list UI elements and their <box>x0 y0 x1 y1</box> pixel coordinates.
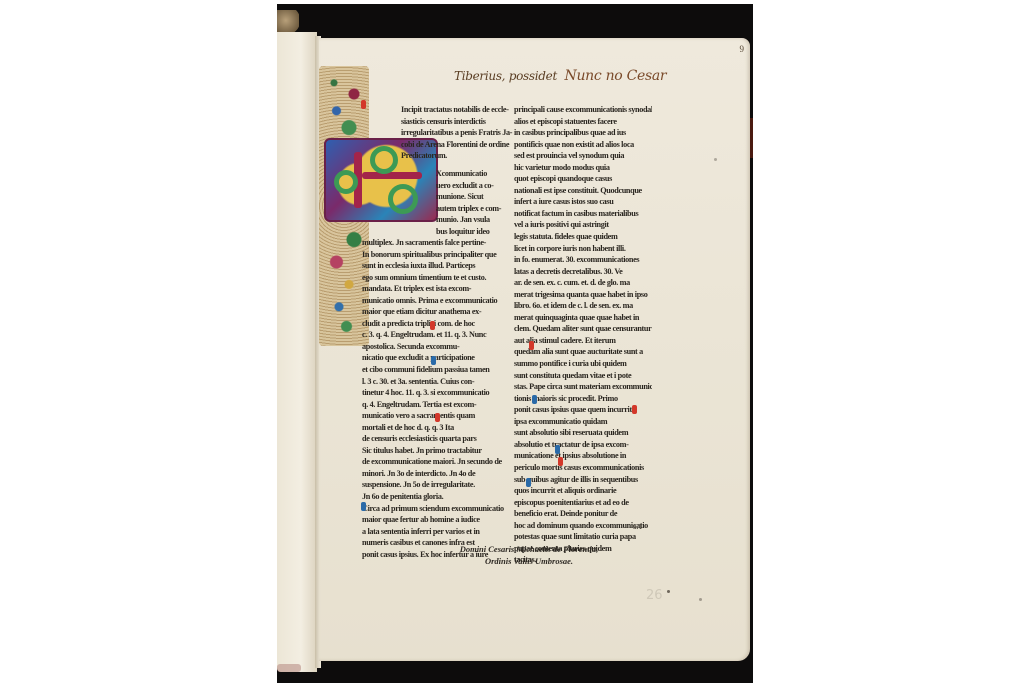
text-line: sunt absolutio sibi reseruata quidem <box>514 427 652 439</box>
leaf-edge-mark <box>750 118 753 158</box>
printed-imprint: Domini Cesaris Michaelis de Florentia, O… <box>419 543 639 567</box>
text-line: ar. de sen. ex. c. cum. et. d. de glo. m… <box>514 277 652 289</box>
text-line: sunt in ecclesia iuxta illud. Particeps <box>362 260 514 272</box>
text-line: libro. 6o. et idem de c. l. de sen. ex. … <box>514 300 652 312</box>
text-line: hoc ad dominum quando excommunicatio <box>514 520 652 532</box>
initial-crossbar <box>362 172 422 179</box>
text-line: principali cause excommunicationis synod… <box>514 104 652 116</box>
text-line: potestas quae sunt limitatio curia papa <box>514 531 652 543</box>
text-line: sub quibus agitur de illis in sequentibu… <box>514 474 652 486</box>
text-line: municatione et ipsius absolutione in <box>514 450 652 462</box>
text-line: notificat factum in casibus materialibus <box>514 208 652 220</box>
text-line: l. 3 c. 30. et 3a. sententia. Cuius con- <box>362 376 514 388</box>
initial-swirl <box>370 146 398 174</box>
foxing-speck <box>714 158 717 161</box>
text-line: alios et episcopi statuentes facere <box>514 116 652 128</box>
imprint-line: Ordinis Vallis Umbrosae. <box>419 555 639 567</box>
red-paragraph-mark <box>430 321 435 330</box>
text-line: Xcommunicatio <box>436 168 514 180</box>
text-line: absolutio et tractatur de ipsa excom- <box>514 439 652 451</box>
red-paragraph-mark <box>558 457 563 466</box>
right-column: principali cause excommunicationis synod… <box>514 104 652 566</box>
initial-swirl <box>334 170 358 194</box>
text-line: nationali est ipse constituit. Quodcunqu… <box>514 185 652 197</box>
text-line: Sic titulus habet. Jn primo tractabitur <box>362 445 514 457</box>
text-line: periculo mortis casus excommunicationis <box>514 462 652 474</box>
initial-swirl <box>388 184 418 214</box>
text-line: minori. Jn 3o de interdicto. Jn 4o de <box>362 468 514 480</box>
text-line: hic varietur modo modus quia <box>514 162 652 174</box>
text-line: siasticis censuris interdictis <box>401 116 513 128</box>
text-line: suspensione. Jn 5o de irregularitate. <box>362 479 514 491</box>
pencil-folio-number: 26 <box>646 588 663 603</box>
text-line: summo pontifice i curia ubi quidem <box>514 358 652 370</box>
text-line: municatio omnis. Prima e excommunicatio <box>362 295 514 307</box>
text-line: infert a iure casus istos suo casu <box>514 196 652 208</box>
text-line: licet in corpore iuris non habent illi. <box>514 243 652 255</box>
text-line: ego sum omnium timentium te et custo. <box>362 272 514 284</box>
text-line: uero excludit a co- <box>436 180 514 192</box>
flyleaf-stain <box>277 664 301 672</box>
text-line: maior que etiam dicitur anathema ex- <box>362 306 514 318</box>
text-line: q. 4. Engeltrudam. Tertia est excom- <box>362 399 514 411</box>
text-line: in fo. enumerat. 30. excommunicationes <box>514 254 652 266</box>
text-line: mandata. Et triplex est ista excom- <box>362 283 514 295</box>
text-beside-initial: Xcommunicatio uero excludit a co- munion… <box>436 168 514 237</box>
text-line: autem triplex e com- <box>436 203 514 215</box>
text-line: sed est prouincia vel synodum quia <box>514 150 652 162</box>
text-line: aut alia stimul cadere. Et iterum <box>514 335 652 347</box>
text-line: multiplex. Jn sacramentis falce pertine- <box>362 237 514 249</box>
text-line: quedam alia sunt quae aucturitate sunt a <box>514 346 652 358</box>
blue-paragraph-mark <box>431 356 436 365</box>
text-line: clem. Quedam aliter sunt quae censurantu… <box>514 323 652 335</box>
text-line: merat quinquaginta quae quae habet in <box>514 312 652 324</box>
ownership-note-primary: Tiberius, possidet <box>454 69 557 83</box>
foxing-speck <box>667 590 670 593</box>
text-line: quos incurrit et aliquis ordinarie <box>514 485 652 497</box>
incipit-block: Incipit tractatus notabilis de eccle- si… <box>401 104 513 162</box>
text-line: de censuris ecclesiasticis quarta pars <box>362 433 514 445</box>
text-line: bus loquitur ideo <box>436 226 514 238</box>
text-line: vel a iuris positivi qui astringit <box>514 219 652 231</box>
text-line: munione. Sicut <box>436 191 514 203</box>
text-line: Jn 6o de penitentia gloria. <box>362 491 514 503</box>
text-line: c. 3. q. 4. Engeltrudam. et 11. q. 3. Nu… <box>362 329 514 341</box>
text-line: de excommunicatione maiori. Jn secundo d… <box>362 456 514 468</box>
text-line: cobi de Arena Florentini de ordine <box>401 139 513 151</box>
text-line: beneficio erat. Deinde ponitur de <box>514 508 652 520</box>
text-line: quot episcopi quandoque casus <box>514 173 652 185</box>
corner-mark: 9 <box>740 44 745 54</box>
text-line: tinetur 4 hoc. 11. q. 3. si excommunicat… <box>362 387 514 399</box>
left-column: multiplex. Jn sacramentis falce pertine-… <box>362 237 514 560</box>
text-line: munio. Jan vsula <box>436 214 514 226</box>
text-line: episcopus poenitentiarius et ad eo de <box>514 497 652 509</box>
text-line: legis statuta. fideles quae quidem <box>514 231 652 243</box>
blue-paragraph-mark <box>555 445 560 454</box>
text-line: cludit a predicta triplici com. de hoc <box>362 318 514 330</box>
text-line: mortali et de hoc d. q. q. 3 Ita <box>362 422 514 434</box>
text-line: Predicatorum. <box>401 150 513 162</box>
text-line: irregularitatibus a penis Fratris Ja- <box>401 127 513 139</box>
printed-leaf: 9 Tiberius, possidet Nunc no Cesar Incip… <box>319 38 750 661</box>
red-paragraph-mark <box>529 341 534 350</box>
flyleaf <box>277 32 317 672</box>
blue-paragraph-mark <box>361 502 366 511</box>
red-paragraph-mark <box>435 413 440 422</box>
text-line: latas a decretis decretalibus. 30. Ve <box>514 266 652 278</box>
red-paragraph-mark <box>632 405 637 414</box>
foxing-speck <box>699 598 702 601</box>
text-line: sunt constituta quedam vitae et i pote <box>514 370 652 382</box>
text-line: nicatio que excludit a participatione <box>362 352 514 364</box>
ownership-note-secondary: Nunc no Cesar <box>565 68 667 84</box>
blue-paragraph-mark <box>532 395 537 404</box>
text-line: merat trigesima quanta quae habet in ips… <box>514 289 652 301</box>
text-line: in casibus principalibus quae ad ius <box>514 127 652 139</box>
blue-paragraph-mark <box>526 478 531 487</box>
text-line: a lata sententia inferri per varios et i… <box>362 526 514 538</box>
manuscript-ownership-note: Tiberius, possidet Nunc no Cesar <box>454 68 666 84</box>
book-photograph: 9 Tiberius, possidet Nunc no Cesar Incip… <box>277 4 753 683</box>
text-line: pontificis quae non existit ad alios loc… <box>514 139 652 151</box>
text-line: In bonorum spiritualibus principaliter q… <box>362 249 514 261</box>
imprint-line: Domini Cesaris Michaelis de Florentia, <box>419 543 639 555</box>
text-line: Incipit tractatus notabilis de eccle- <box>401 104 513 116</box>
signature-mark: a.1 <box>633 522 643 531</box>
red-paragraph-mark <box>361 100 366 109</box>
text-line: apostolica. Secunda excommu- <box>362 341 514 353</box>
text-line: et cibo communi fidelium passiua tamen <box>362 364 514 376</box>
text-line: ipsa excommunicatio quidam <box>514 416 652 428</box>
text-line: Circa ad primum sciendum excommunicatio <box>362 503 514 515</box>
text-line: stas. Pape circa sunt materiam excommuni… <box>514 381 652 393</box>
text-line: maior quae fertur ab homine a iudice <box>362 514 514 526</box>
